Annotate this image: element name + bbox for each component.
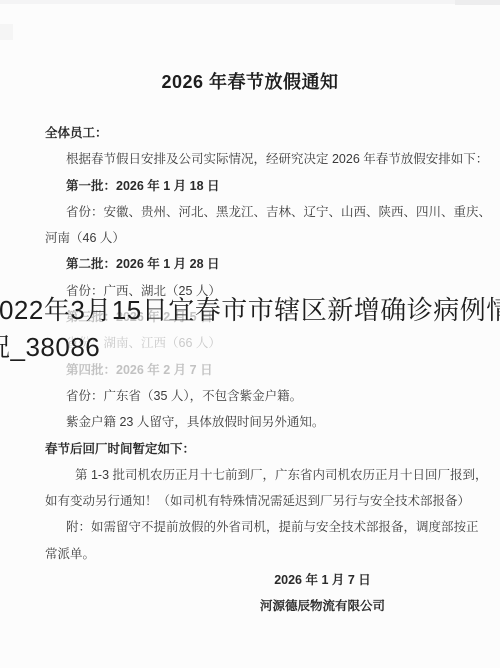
doc-line-return-detail: 第 1-3 批司机农历正月十七前到厂，广东省内司机农历正月十日回厂报到，	[0, 462, 500, 488]
doc-line-zijin-note: 紫金户籍 23 人留守，具体放假时间另外通知。	[0, 409, 500, 435]
doc-line-intro: 根据春节假日安排及公司实际情况，经研究决定 2026 年春节放假安排如下：	[0, 146, 500, 172]
notice-body: 全体员工： 根据春节假日安排及公司实际情况，经研究决定 2026 年春节放假安排…	[0, 120, 500, 620]
doc-line-batch1: 第一批：2026 年 1 月 18 日	[0, 173, 500, 199]
notice-title: 2026 年春节放假通知	[0, 68, 500, 96]
doc-line-return-detail-cont: 如有变动另行通知！（如司机有特殊情况需延迟到厂另行与安全技术部报备）	[0, 488, 500, 514]
doc-line-batch1-provinces: 省份：安徽、贵州、河北、黑龙江、吉林、辽宁、山西、陕西、四川、重庆、	[0, 199, 500, 225]
overlay-caption-line1: 2022年3月15日宜春市市辖区新增确诊病例情	[0, 292, 500, 328]
doc-line-return-heading: 春节后回厂时间暂定如下：	[0, 436, 500, 462]
signature-company: 河源德辰物流有限公司	[0, 593, 500, 619]
doc-line-appendix: 附：如需留守不提前放假的外省司机，提前与安全技术部报备，调度部按正	[0, 514, 500, 540]
doc-line-batch2: 第二批：2026 年 1 月 28 日	[0, 251, 500, 277]
overlay-caption-line2: 况_38086	[0, 329, 100, 365]
corner-smudge-artifact	[0, 24, 13, 40]
doc-line-batch1-provinces-cont: 河南（46 人）	[0, 225, 500, 251]
doc-line-batch4-provinces: 省份：广东省（35 人），不包含紫金户籍。	[0, 383, 500, 409]
top-right-edge-artifact	[455, 0, 500, 5]
notice-document-view: 2026 年春节放假通知 全体员工： 根据春节假日安排及公司实际情况，经研究决定…	[0, 0, 500, 668]
doc-line-salutation: 全体员工：	[0, 120, 500, 146]
signature-date: 2026 年 1 月 7 日	[0, 567, 500, 593]
doc-line-appendix-cont: 常派单。	[0, 541, 500, 567]
top-edge-artifact	[0, 0, 500, 4]
